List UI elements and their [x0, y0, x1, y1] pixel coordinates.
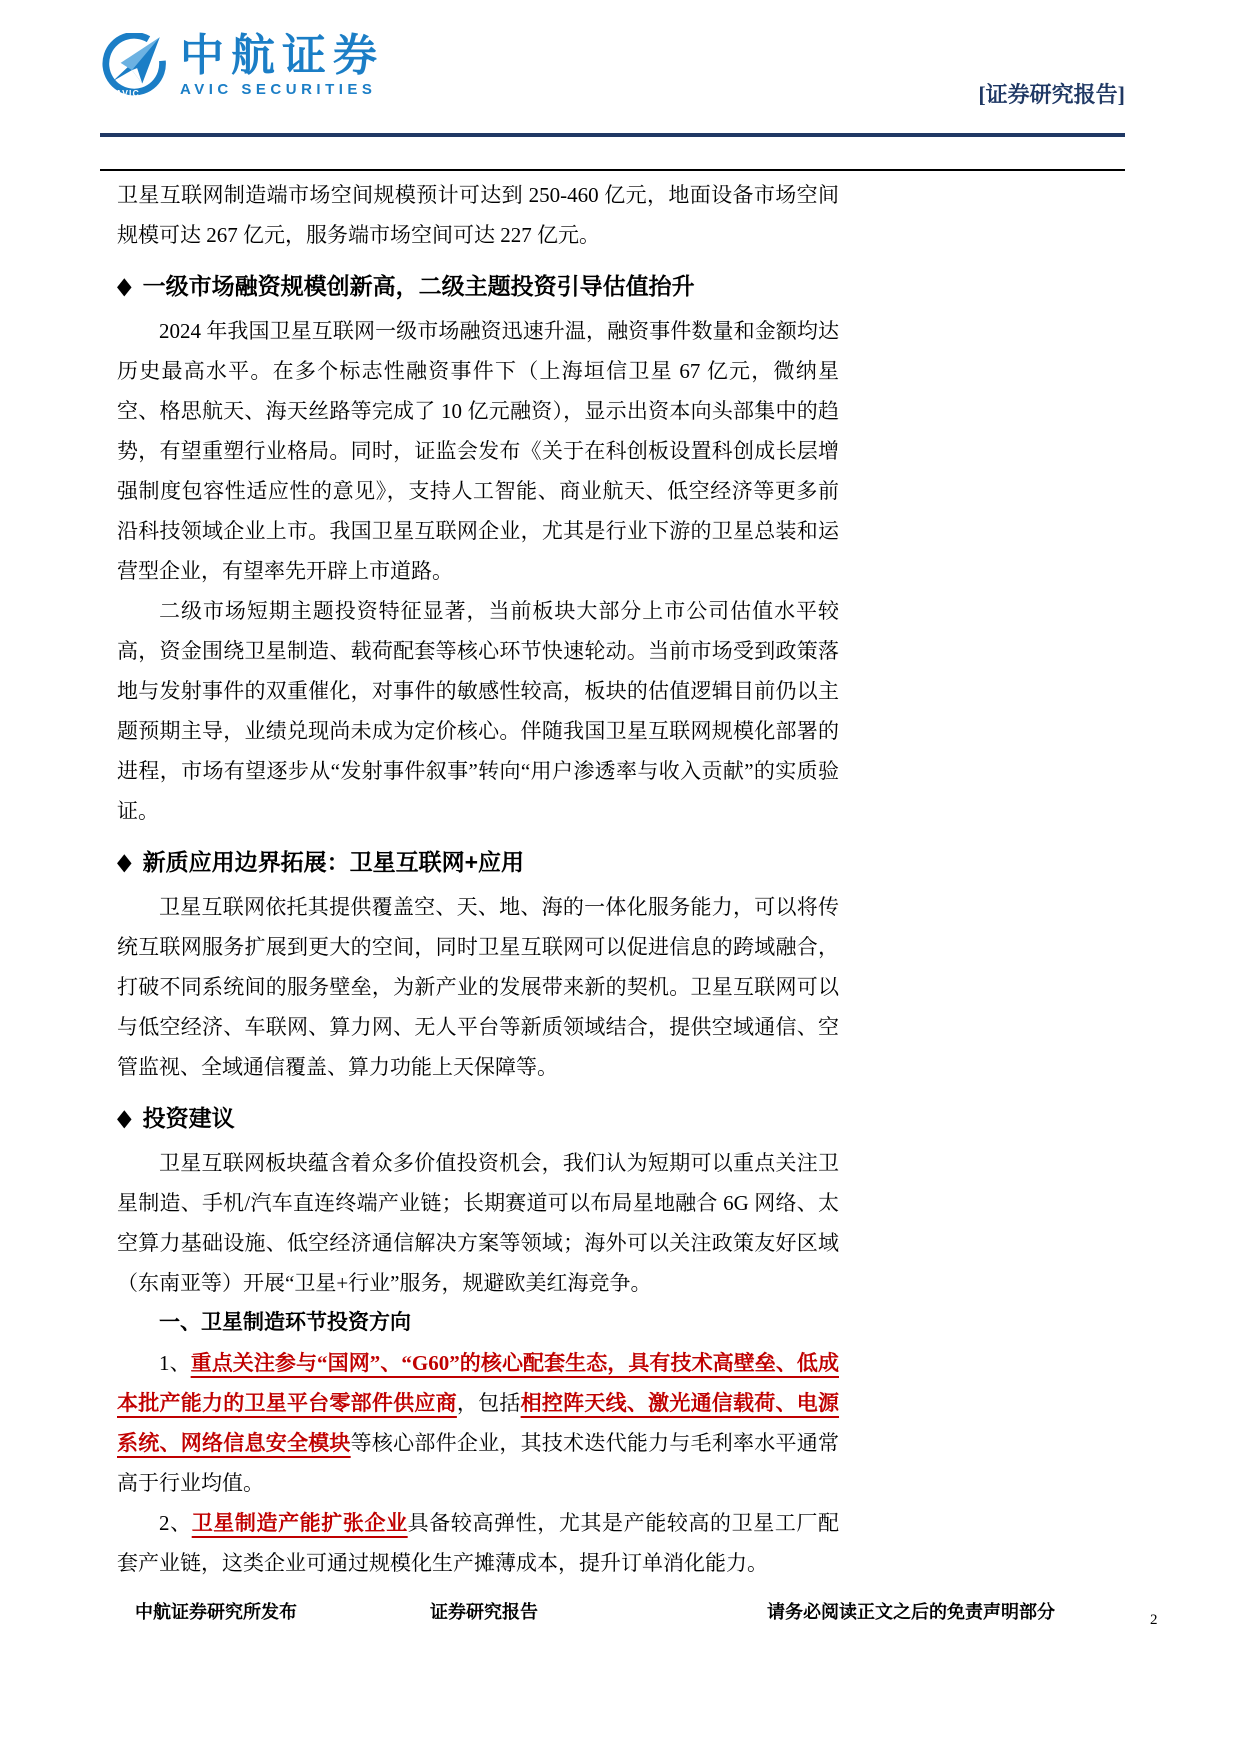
highlighted-red-text: 卫星制造产能扩张企业: [192, 1511, 408, 1535]
logo-chinese-name: 中航证券: [180, 32, 384, 80]
section-heading-text: 投资建议: [143, 1098, 235, 1138]
avic-logo: AVIC 中航证券 AVIC SECURITIES: [100, 32, 384, 100]
plain-text: 2、: [159, 1511, 192, 1535]
plain-text: ，包括: [457, 1391, 521, 1415]
footer-doc-type: 证券研究报告: [430, 1598, 538, 1624]
footer-disclaimer: 请务必阅读正文之后的免责声明部分: [767, 1598, 1055, 1624]
section-heading-text: 一级市场融资规模创新高，二级主题投资引导估值抬升: [143, 266, 695, 306]
section-heading-text: 新质应用边界拓展：卫星互联网+应用: [143, 842, 524, 882]
plain-text: 1、: [159, 1351, 191, 1375]
intro-paragraph: 卫星互联网制造端市场空间规模预计可达到 250-460 亿元，地面设备市场空间规…: [117, 175, 839, 255]
section-heading-new-applications: ◆ 新质应用边界拓展：卫星互联网+应用: [117, 842, 839, 882]
body-paragraph: 2024 年我国卫星互联网一级市场融资迅速升温，融资事件数量和金额均达历史最高水…: [117, 311, 839, 591]
body-paragraph: 卫星互联网依托其提供覆盖空、天、地、海的一体化服务能力，可以将传统互联网服务扩展…: [117, 887, 839, 1087]
highlight-paragraph-1: 1、重点关注参与“国网”、“G60”的核心配套生态，具有技术高壁垒、低成本批产能…: [117, 1343, 839, 1503]
diamond-icon: ◆: [117, 850, 132, 874]
body-paragraph: 二级市场短期主题投资特征显著，当前板块大部分上市公司估值水平较高，资金围绕卫星制…: [117, 591, 839, 831]
footer-publisher: 中航证券研究所发布: [135, 1598, 297, 1624]
section-heading-investment-advice: ◆ 投资建议: [117, 1098, 839, 1138]
diamond-icon: ◆: [117, 1106, 132, 1130]
report-type-tag: [证券研究报告]: [978, 78, 1125, 109]
avic-logo-icon: AVIC: [100, 33, 166, 99]
avic-logo-badge-text: AVIC: [115, 88, 139, 98]
diamond-icon: ◆: [117, 274, 132, 298]
body-paragraph: 卫星互联网板块蕴含着众多价值投资机会，我们认为短期可以重点关注卫星制造、手机/汽…: [117, 1143, 839, 1303]
report-page: AVIC 中航证券 AVIC SECURITIES [证券研究报告] 卫星互联网…: [0, 0, 1240, 1754]
report-body: 卫星互联网制造端市场空间规模预计可达到 250-460 亿元，地面设备市场空间规…: [117, 175, 839, 1583]
logo-english-name: AVIC SECURITIES: [180, 80, 384, 100]
content-top-divider: [100, 169, 1125, 171]
section-heading-primary-market: ◆ 一级市场融资规模创新高，二级主题投资引导估值抬升: [117, 266, 839, 306]
page-number: 2: [1150, 1612, 1158, 1629]
subheading-satellite-manufacturing: 一、卫星制造环节投资方向: [117, 1303, 839, 1343]
highlight-paragraph-2: 2、卫星制造产能扩张企业具备较高弹性，尤其是产能较高的卫星工厂配套产业链，这类企…: [117, 1503, 839, 1583]
header-divider: [100, 133, 1125, 137]
